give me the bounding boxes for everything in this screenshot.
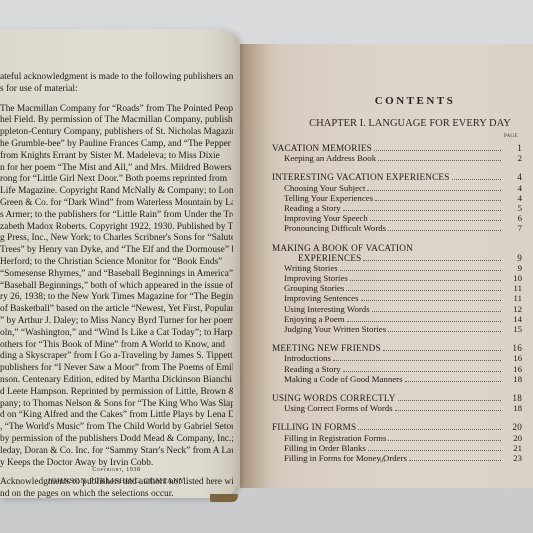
acknowledgments-page: ateful acknowledgment is made to the fol…: [0, 29, 240, 498]
acknowledgment-line: Green & Co. for “Dark Wind” from Waterle…: [0, 198, 233, 210]
leader-dots: [363, 260, 501, 261]
toc-item-title: Filling in Forms for Money Orders: [284, 453, 407, 463]
toc-item: Using Interesting Words12: [272, 304, 522, 314]
leader-dots: [409, 460, 501, 461]
toc-page-number: 16: [506, 343, 522, 353]
leader-dots: [378, 160, 501, 161]
acknowledgment-line: ppleton-Century Company, publishers of S…: [0, 127, 233, 139]
leader-dots: [350, 280, 501, 281]
toc-item: Using Correct Forms of Words18: [272, 403, 522, 413]
leader-dots: [383, 350, 501, 351]
leader-dots: [343, 210, 501, 211]
toc-section-title: VACATION MEMORIES: [272, 143, 372, 153]
toc-page-number: 4: [506, 193, 522, 203]
leader-dots: [388, 230, 501, 231]
acknowledgment-line: d on “King Alfred and the Cakes” from Li…: [0, 410, 233, 422]
acknowledgment-line: of Basketball” based on the article “New…: [0, 304, 233, 316]
toc-page-number: 14: [506, 314, 522, 324]
leader-dots: [358, 429, 501, 430]
leader-dots: [367, 190, 501, 191]
toc-item-title: Keeping an Address Book: [284, 153, 376, 163]
leader-dots: [405, 381, 502, 382]
toc-page-number: 6: [506, 213, 522, 223]
toc-item: Keeping an Address Book2: [272, 153, 522, 163]
toc-item: Improving Your Speech6: [272, 213, 522, 223]
toc-section: USING WORDS CORRECTLY18: [272, 393, 522, 403]
toc-item: Filling in Forms for Money Orders23: [272, 453, 522, 463]
toc-item-title: Telling Your Experiences: [284, 193, 373, 203]
acknowledgment-line: “Somesense Rhymes,” and “Baseball Beginn…: [0, 269, 233, 281]
table-of-contents: VACATION MEMORIES1 Keeping an Address Bo…: [272, 143, 522, 463]
toc-item-title: Using Correct Forms of Words: [284, 403, 393, 413]
leader-dots: [361, 300, 501, 301]
acknowledgment-line: Life Magazine. Copyright Rand McNally & …: [0, 186, 233, 198]
acknowledgment-line: ” by Arthur J. Daley; to Miss Nancy Byrd…: [0, 316, 233, 328]
acknowledgment-line: n for her poem “The Mist and All,” and M…: [0, 163, 233, 175]
toc-item-title: Improving Sentences: [284, 293, 359, 303]
toc-item: Choosing Your Subject4: [272, 183, 522, 193]
leader-dots: [372, 311, 501, 312]
toc-section: MAKING A BOOK OF VACATION: [272, 243, 522, 253]
acknowledgment-line: ding a Skyscraper” from I Go a-Traveling…: [0, 351, 233, 363]
toc-page-number: 18: [506, 374, 522, 384]
toc-item-title: Using Interesting Words: [284, 304, 370, 314]
toc-section: INTERESTING VACATION EXPERIENCES4: [272, 172, 522, 182]
publisher-name: JOHNSON PUBLISHING COMPANY: [0, 477, 233, 485]
page-folio: iii: [380, 458, 385, 464]
toc-page-number: 20: [506, 433, 522, 443]
leader-dots: [395, 410, 501, 411]
toc-page-number: 18: [506, 393, 522, 403]
copyright-line: Copyright, 1938: [0, 467, 233, 473]
binding-edge-bottom: [210, 494, 238, 502]
toc-item-title: Improving Your Speech: [284, 213, 368, 223]
toc-page-number: 10: [506, 273, 522, 283]
leader-dots: [368, 450, 501, 451]
toc-section-title: MEETING NEW FRIENDS: [272, 343, 381, 353]
toc-page-number: 23: [506, 453, 522, 463]
acknowledgment-line: “Baseball Beginnings,” both of which app…: [0, 281, 233, 293]
acknowledgment-line: oln,” “Washington,” and “Wind Is Like a …: [0, 328, 233, 340]
toc-item-title: Reading a Story: [284, 203, 341, 213]
toc-section-continued: EXPERIENCES9: [272, 253, 522, 263]
acknowledgment-line: hel Field. By permission of The Macmilla…: [0, 115, 233, 127]
leader-dots: [346, 290, 501, 291]
toc-item-title: Filling in Registration Forms: [284, 433, 386, 443]
toc-page-number: 20: [506, 422, 522, 432]
toc-item: Filling in Registration Forms20: [272, 433, 522, 443]
acknowledgment-line: s for use of material:: [0, 84, 233, 96]
acknowledgment-line: from Knights Errant by Sister M. Madelev…: [0, 151, 233, 163]
acknowledgments-text: ateful acknowledgment is made to the fol…: [0, 72, 233, 501]
toc-page-number: 5: [506, 203, 522, 213]
acknowledgment-line: publishers for “I Never Saw a Moor” from…: [0, 363, 233, 375]
toc-section: VACATION MEMORIES1: [272, 143, 522, 153]
toc-item: Making a Code of Good Manners18: [272, 374, 522, 384]
toc-page-number: 7: [506, 223, 522, 233]
acknowledgment-line: d Leete Hampson. Reprinted by permission…: [0, 387, 233, 399]
acknowledgment-line: by permission of the publishers Dodd Mea…: [0, 434, 233, 446]
toc-page-number: 11: [506, 283, 522, 293]
toc-item: Writing Stories9: [272, 263, 522, 273]
toc-item-title: Improving Stories: [284, 273, 348, 283]
toc-item: Judging Your Written Stories15: [272, 324, 522, 334]
toc-item-title: Choosing Your Subject: [284, 183, 365, 193]
acknowledgment-line: he Grumble-bee” by Pauline Frances Camp,…: [0, 139, 233, 151]
toc-section-title: FILLING IN FORMS: [272, 422, 356, 432]
toc-section: FILLING IN FORMS20: [272, 422, 522, 432]
acknowledgment-line: pany; to Thomas Nelson & Sons for “The K…: [0, 399, 233, 411]
acknowledgment-line: Trees” by Henry van Dyke, and “The Elf a…: [0, 245, 233, 257]
leader-dots: [388, 331, 501, 332]
toc-section-title: INTERESTING VACATION EXPERIENCES: [272, 172, 450, 182]
acknowledgment-line: Herford; to the Christian Science Monito…: [0, 257, 233, 269]
acknowledgment-line: others for “This Book of Mine” from A Wo…: [0, 340, 233, 352]
leader-dots: [375, 200, 501, 201]
contents-title: CONTENTS: [300, 95, 530, 107]
toc-item-title: Judging Your Written Stories: [284, 324, 386, 334]
toc-item-title: Writing Stories: [284, 263, 338, 273]
toc-item-title: Reading a Story: [284, 364, 341, 374]
toc-page-number: 16: [506, 364, 522, 374]
acknowledgment-line: g Press, Inc., New York; to Charles Scri…: [0, 233, 233, 245]
leader-dots: [333, 360, 501, 361]
acknowledgment-line: zabeth Madox Roberts. Copyright 1922, 19…: [0, 222, 233, 234]
acknowledgment-line: [0, 96, 233, 104]
closing-note-line: nd on the pages on which the selections …: [0, 489, 233, 501]
leader-dots: [374, 150, 501, 151]
contents-page: CONTENTS CHAPTER I. LANGUAGE FOR EVERY D…: [240, 44, 533, 488]
toc-item: Introductions16: [272, 353, 522, 363]
toc-page-number: 15: [506, 324, 522, 334]
toc-page-number: 16: [506, 353, 522, 363]
toc-page-number: 11: [506, 293, 522, 303]
leader-dots: [398, 400, 501, 401]
toc-item: Enjoying a Poem14: [272, 314, 522, 324]
toc-item: Pronouncing Difficult Words7: [272, 223, 522, 233]
toc-item: Improving Stories10: [272, 273, 522, 283]
acknowledgment-line: ry 26, 1938; to the New York Times Magaz…: [0, 292, 233, 304]
acknowledgment-line: nson. Centenary Edition, edited by Marth…: [0, 375, 233, 387]
acknowledgment-line: s Armer; to the publishers for “Little R…: [0, 210, 233, 222]
toc-item: Improving Sentences11: [272, 293, 522, 303]
open-book-photo: CONTENTS CHAPTER I. LANGUAGE FOR EVERY D…: [0, 0, 533, 533]
acknowledgment-line: leday, Doran & Co. Inc. for “Sammy Starr…: [0, 446, 233, 458]
toc-section-title: EXPERIENCES: [298, 253, 361, 263]
page-column-label: PAGE: [504, 134, 518, 139]
acknowledgment-line: , “The World's Music” from The Child Wor…: [0, 422, 233, 434]
leader-dots: [340, 270, 501, 271]
toc-item-title: Enjoying a Poem: [284, 314, 345, 324]
acknowledgment-line: rong for “Little Girl Next Door.” Both p…: [0, 174, 233, 186]
toc-item-title: Grouping Stories: [284, 283, 344, 293]
toc-section-title: MAKING A BOOK OF VACATION: [272, 243, 413, 253]
toc-item: Grouping Stories11: [272, 283, 522, 293]
toc-item-title: Introductions: [284, 353, 331, 363]
toc-item: Reading a Story5: [272, 203, 522, 213]
leader-dots: [343, 371, 501, 372]
leader-dots: [347, 321, 501, 322]
toc-item-title: Pronouncing Difficult Words: [284, 223, 386, 233]
toc-item: Telling Your Experiences4: [272, 193, 522, 203]
chapter-heading: CHAPTER I. LANGUAGE FOR EVERY DAY: [280, 118, 533, 129]
toc-item-title: Making a Code of Good Manners: [284, 374, 403, 384]
toc-section-title: USING WORDS CORRECTLY: [272, 393, 396, 403]
toc-page-number: 9: [506, 253, 522, 263]
toc-item: Filling in Order Blanks21: [272, 443, 522, 453]
acknowledgment-line: ateful acknowledgment is made to the fol…: [0, 72, 233, 84]
toc-item-title: Filling in Order Blanks: [284, 443, 366, 453]
leader-dots: [370, 220, 501, 221]
leader-dots: [452, 179, 501, 180]
acknowledgment-line: The Macmillan Company for “Roads” from T…: [0, 104, 233, 116]
toc-section: MEETING NEW FRIENDS16: [272, 343, 522, 353]
toc-page-number: 4: [506, 172, 522, 182]
toc-page-number: 21: [506, 443, 522, 453]
leader-dots: [388, 440, 501, 441]
toc-page-number: 2: [506, 153, 522, 163]
toc-page-number: 12: [506, 304, 522, 314]
toc-page-number: 4: [506, 183, 522, 193]
toc-page-number: 1: [506, 143, 522, 153]
toc-item: Reading a Story16: [272, 364, 522, 374]
toc-page-number: 9: [506, 263, 522, 273]
toc-page-number: 18: [506, 403, 522, 413]
